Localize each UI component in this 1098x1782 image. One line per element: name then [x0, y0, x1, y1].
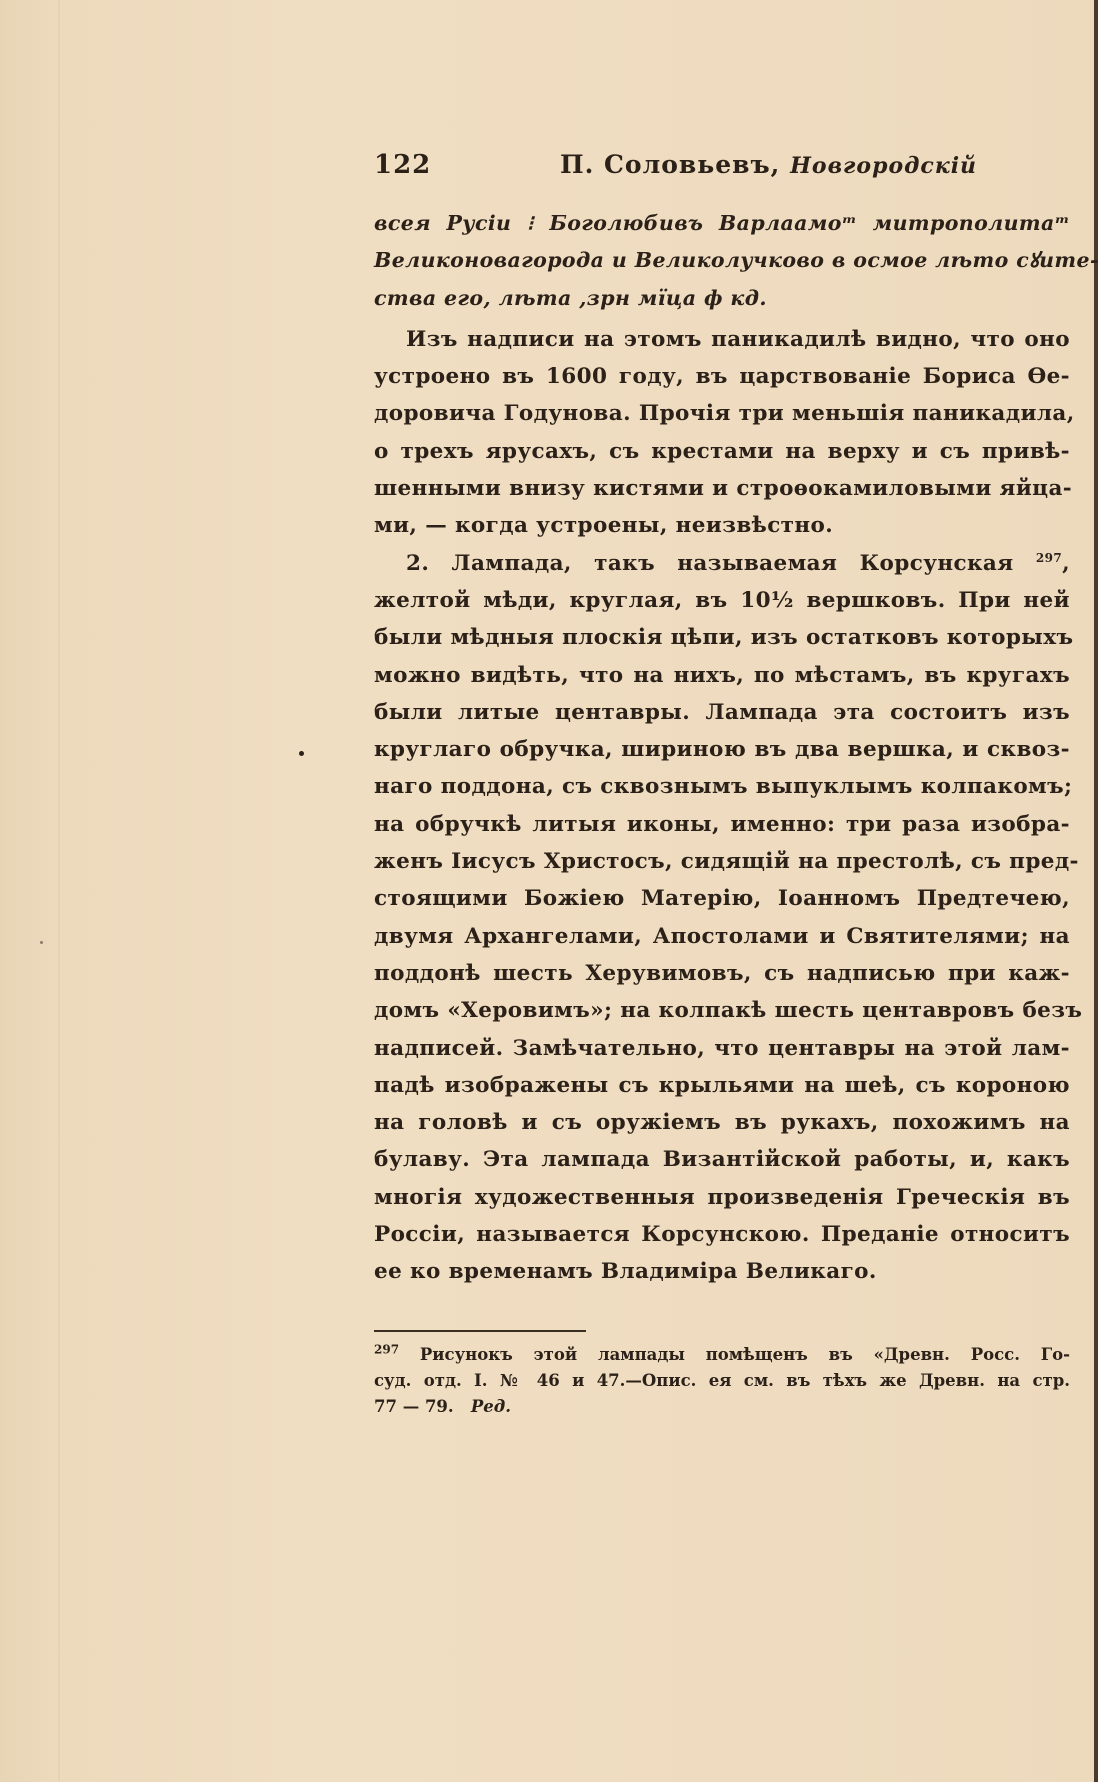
text-line: устроено въ 1600 году, въ царствованіе Б… — [374, 358, 1070, 395]
page-fold-shadow — [58, 0, 60, 1782]
footnote-line: 297 Рисунокъ этой лампады помѣщенъ въ «Д… — [374, 1342, 1070, 1368]
inscription-line: ства его, лѣта ,зрн мїца ф кд. — [374, 280, 1070, 317]
inscription-line: всея Русіи ⁝ Боголюбивъ Варлаамоᵐ митроп… — [374, 205, 1070, 242]
footnote-divider — [374, 1330, 586, 1332]
text-line: многія художественныя произведенія Грече… — [374, 1179, 1070, 1216]
text-line: были мѣдныя плоскія цѣпи, изъ остатковъ … — [374, 619, 1070, 656]
text-line: Изъ надписи на этомъ паникадилѣ видно, ч… — [374, 321, 1070, 358]
text-line: шенными внизу кистями и строѳокамиловыми… — [374, 470, 1070, 507]
text-line: круглаго обручка, шириною въ два вершка,… — [374, 731, 1070, 768]
text-line: о трехъ ярусахъ, съ крестами на верху и … — [374, 433, 1070, 470]
footnote: 297 Рисунокъ этой лампады помѣщенъ въ «Д… — [374, 1342, 1070, 1420]
text-line: были литые центавры. Лампада эта состоит… — [374, 694, 1070, 731]
footnote-reference[interactable]: 297 — [1036, 551, 1062, 565]
text-line: наго поддона, съ сквознымъ выпуклымъ кол… — [374, 768, 1070, 805]
text-line: на обручкѣ литыя иконы, именно: три раза… — [374, 806, 1070, 843]
text-line: ми, — когда устроены, неизвѣстно. — [374, 507, 1070, 544]
text-line-with-footnote-ref: 2. Лампада, такъ называемая Корсунская 2… — [374, 545, 1070, 582]
running-head-author: П. Соловьевъ, — [560, 150, 780, 179]
text-line: стоящими Божіею Матерію, Іоанномъ Предте… — [374, 880, 1070, 917]
text-line: двумя Архангелами, Апостолами и Святител… — [374, 918, 1070, 955]
running-head-title: Новгородскій — [790, 153, 977, 179]
text-line: доровича Годунова. Прочія три меньшія па… — [374, 395, 1070, 432]
text-line: Россіи, называется Корсунскою. Преданіе … — [374, 1216, 1070, 1253]
scan-speck — [40, 941, 43, 944]
running-head: П. Соловьевъ, Новгородскій — [560, 150, 977, 179]
footnote-line: 77 — 79. Ред. — [374, 1394, 1070, 1420]
footnote-text: Рисунокъ этой лампады помѣщенъ въ «Древн… — [420, 1345, 1070, 1364]
footnote-signature: Ред. — [471, 1397, 511, 1416]
footnote-marker: 297 — [374, 1343, 399, 1357]
inscription-line: Великоновагорода и Великолучково в осмое… — [374, 242, 1070, 279]
text-line: можно видѣть, что на нихъ, по мѣстамъ, в… — [374, 657, 1070, 694]
text-line: ее ко временамъ Владиміра Великаго. — [374, 1253, 1070, 1290]
paragraph-2: 2. Лампада, такъ называемая Корсунская 2… — [374, 545, 1070, 1291]
text-line: падѣ изображены съ крыльями на шеѣ, съ к… — [374, 1067, 1070, 1104]
footnote-line: суд. отд. I. № 46 и 47.—Опис. ея см. въ … — [374, 1368, 1070, 1394]
text-line: домъ «Херовимъ»; на колпакѣ шесть центав… — [374, 992, 1070, 1029]
text-line: поддонѣ шесть Херувимовъ, съ надписью пр… — [374, 955, 1070, 992]
page-header: 122 П. Соловьевъ, Новгородскій — [374, 150, 1014, 190]
text-line: женъ Іисусъ Христосъ, сидящій на престол… — [374, 843, 1070, 880]
text-line: булаву. Эта лампада Византійской работы,… — [374, 1141, 1070, 1178]
body-text: всея Русіи ⁝ Боголюбивъ Варлаамоᵐ митроп… — [374, 205, 1070, 1291]
text-line: на головѣ и съ оружіемъ въ рукахъ, похож… — [374, 1104, 1070, 1141]
inscription-block: всея Русіи ⁝ Боголюбивъ Варлаамоᵐ митроп… — [374, 205, 1070, 317]
scan-speck — [299, 751, 304, 756]
text-line: надписей. Замѣчательно, что центавры на … — [374, 1030, 1070, 1067]
text-line: желтой мѣди, круглая, въ 10½ вершковъ. П… — [374, 582, 1070, 619]
footnote-text: 77 — 79. — [374, 1397, 454, 1416]
paragraph-1: Изъ надписи на этомъ паникадилѣ видно, ч… — [374, 321, 1070, 545]
text-span: 2. Лампада, такъ называемая Корсунская — [406, 551, 1014, 576]
page-number: 122 — [374, 150, 431, 180]
